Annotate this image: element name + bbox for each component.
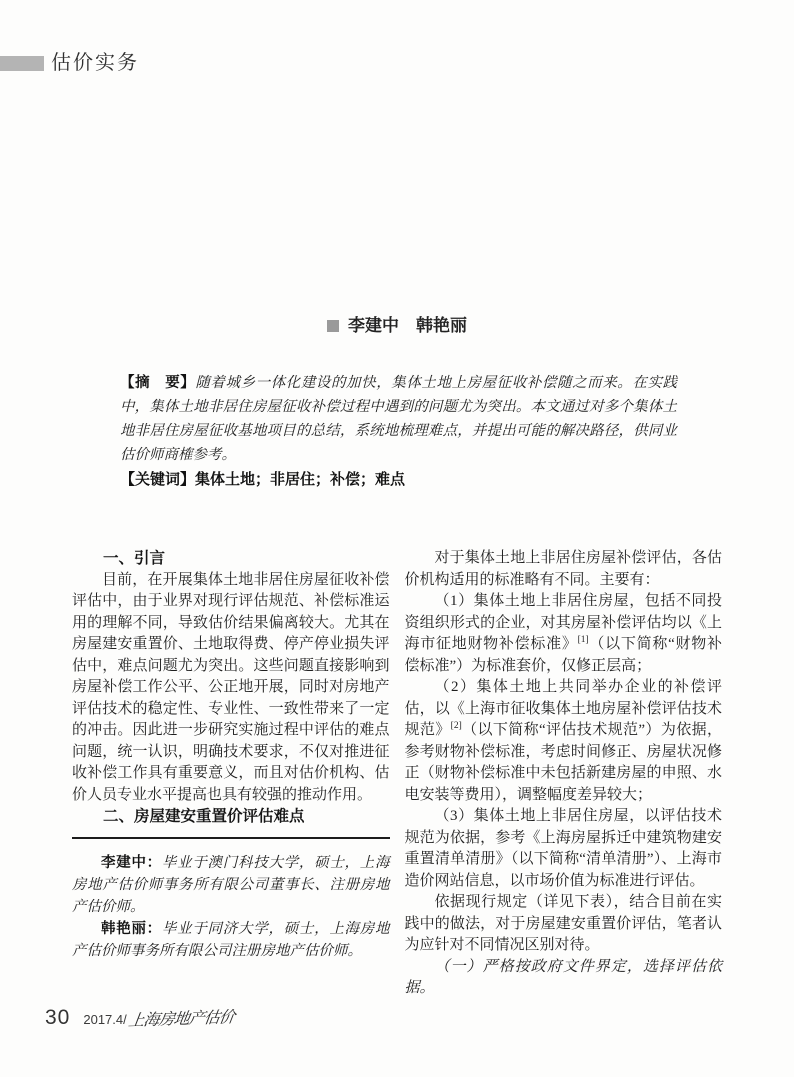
keywords-text: 集体土地；非居住；补偿；难点 bbox=[195, 471, 405, 488]
issue-date: 2017.4/ bbox=[83, 1012, 126, 1027]
section-header: 估价实务 bbox=[0, 46, 139, 75]
author-names: 李建中 韩艳丽 bbox=[348, 316, 467, 335]
right-column: 对于集体土地上非居住房屋补偿评估，各估价机构适用的标准略有不同。主要有： （1）… bbox=[405, 548, 723, 978]
body-columns: 一、引言 目前，在开展集体土地非居住房屋征收补偿评估中，由于业界对现行评估规范、… bbox=[72, 548, 722, 978]
item-2-paragraph: （2）集体土地上共同举办企业的补偿评估，以《上海市征收集体土地房屋补偿评估技术规… bbox=[405, 677, 723, 806]
abstract-label: 【摘 要】 bbox=[120, 375, 195, 391]
subsection-one-paragraph: （一）严格按政府文件界定，选择评估依据。 bbox=[405, 957, 723, 1000]
abstract-text: 随着城乡一体化建设的加快，集体土地上房屋征收补偿随之而来。在实践中，集体土地非居… bbox=[120, 375, 677, 463]
byline-square-icon bbox=[327, 320, 339, 332]
section-marker-bar bbox=[0, 56, 44, 71]
journal-logo: 上海房地产估价 bbox=[127, 1004, 236, 1031]
footnote-ref-1: [1] bbox=[578, 635, 589, 645]
abstract-block: 【摘 要】随着城乡一体化建设的加快，集体土地上房屋征收补偿随之而来。在实践中，集… bbox=[120, 371, 677, 492]
current-practice-paragraph: 依据现行规定（详见下表），结合目前在实践中的做法，对于房屋建安重置价评估，笔者认… bbox=[405, 892, 723, 957]
bio-2-name: 韩艳丽： bbox=[101, 921, 162, 937]
item-2-text-b: （以下简称“评估技术规范”）为依据，参考财物补偿标准，考虑时间修正、房屋状况修正… bbox=[405, 722, 723, 803]
item-3-paragraph: （3）集体土地上非居住房屋，以评估技术规范为依据，参考《上海房屋拆迁中建筑物建安… bbox=[405, 806, 723, 892]
footnote-ref-2: [2] bbox=[451, 721, 462, 731]
intro-paragraph: 目前，在开展集体土地非居住房屋征收补偿评估中，由于业界对现行评估规范、补偿标准运… bbox=[72, 570, 390, 807]
page-footer: 30 2017.4/ 上海房地产估价 bbox=[45, 1006, 234, 1030]
author-bio-2: 韩艳丽：毕业于同济大学，硕士，上海房地产估价师事务所有限公司注册房地产估价师。 bbox=[72, 918, 390, 962]
author-byline: 李建中 韩艳丽 bbox=[0, 311, 794, 336]
author-bio-block: 李建中：毕业于澳门科技大学，硕士，上海房地产估价师事务所有限公司董事长、注册房地… bbox=[72, 837, 390, 962]
section-two-heading: 二、房屋建安重置价评估难点 bbox=[72, 806, 390, 828]
left-column: 一、引言 目前，在开展集体土地非居住房屋征收补偿评估中，由于业界对现行评估规范、… bbox=[72, 548, 390, 978]
intro-heading: 一、引言 bbox=[72, 548, 390, 570]
journal-page: 估价实务 李建中 韩艳丽 【摘 要】随着城乡一体化建设的加快，集体土地上房屋征收… bbox=[0, 0, 794, 1077]
bio-1-name: 李建中： bbox=[101, 855, 162, 871]
keywords-label: 【关键词】 bbox=[120, 471, 195, 488]
author-bio-1: 李建中：毕业于澳门科技大学，硕士，上海房地产估价师事务所有限公司董事长、注册房地… bbox=[72, 852, 390, 918]
section-label: 估价实务 bbox=[51, 46, 139, 75]
item-1-paragraph: （1）集体土地上非居住房屋，包括不同投资组织形式的企业，对其房屋补偿评估均以《上… bbox=[405, 591, 723, 677]
standards-intro-paragraph: 对于集体土地上非居住房屋补偿评估，各估价机构适用的标准略有不同。主要有： bbox=[405, 548, 723, 591]
keywords-line: 【关键词】集体土地；非居住；补偿；难点 bbox=[120, 468, 677, 492]
abstract-paragraph: 【摘 要】随着城乡一体化建设的加快，集体土地上房屋征收补偿随之而来。在实践中，集… bbox=[120, 371, 677, 467]
page-number: 30 bbox=[45, 1006, 70, 1030]
